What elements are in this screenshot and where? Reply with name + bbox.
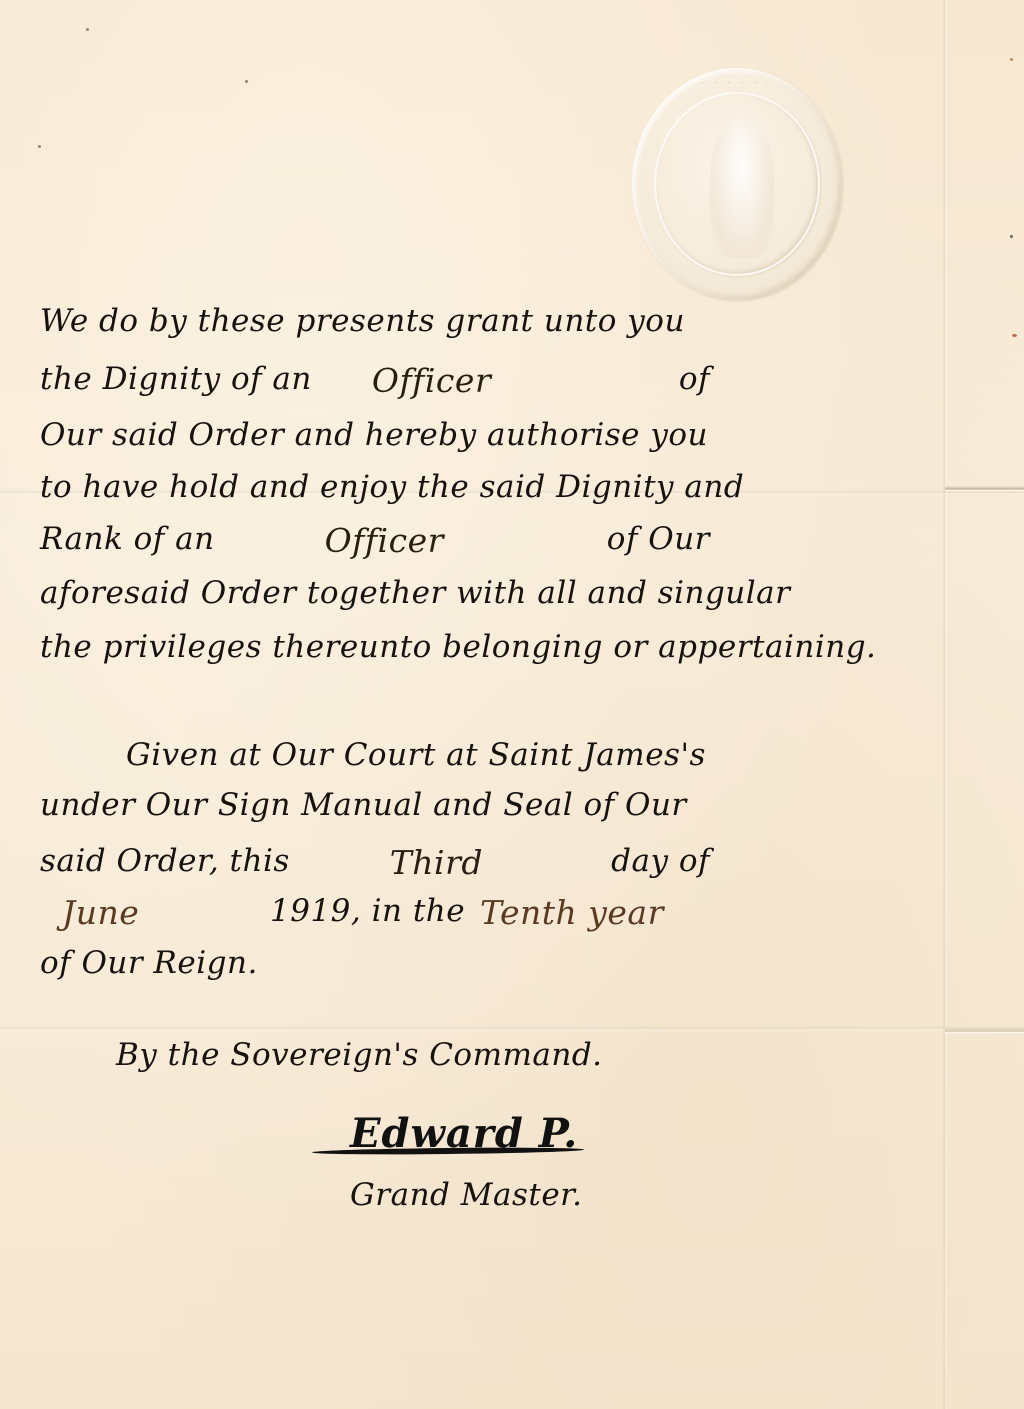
grant-line-1: We do by these presents grant unto you: [40, 306, 685, 337]
grant-line-7: the privileges thereunto belonging or ap…: [40, 632, 876, 663]
grant-line-4: to have hold and enjoy the said Dignity …: [40, 472, 744, 503]
grant-line-5-prefix: Rank of an: [40, 524, 215, 557]
paper-speck: [1010, 58, 1013, 61]
given-line-5: of Our Reign.: [40, 948, 258, 979]
month-fill-in: June: [62, 896, 139, 929]
embossed-seal: · · · · · ·: [632, 68, 842, 300]
vertical-fold-crease: [943, 0, 947, 1409]
seal-legend: · · · · · ·: [632, 76, 842, 89]
sovereign-command: By the Sovereign's Command.: [116, 1040, 603, 1071]
grant-line-2: the Dignity of an Officer of: [40, 364, 710, 397]
grant-line-2-prefix: the Dignity of an: [40, 364, 312, 397]
grant-line-5-suffix: of Our: [607, 524, 710, 557]
grant-line-6: aforesaid Order together with all and si…: [40, 578, 791, 609]
horizontal-fold-crease-faint-lower: [0, 1026, 1024, 1032]
seated-figure-emblem: [710, 118, 774, 258]
rank-fill-in: Officer: [325, 524, 444, 557]
year-text: 1919, in the: [270, 896, 465, 927]
dignity-fill-in: Officer: [372, 364, 491, 397]
certificate-page: · · · · · · We do by these presents gran…: [0, 0, 1024, 1409]
given-line-3-suffix: day of: [611, 846, 710, 879]
grand-master-title: Grand Master.: [350, 1180, 582, 1211]
day-fill-in: Third: [390, 846, 483, 879]
paper-speck: [245, 80, 248, 83]
given-line-3-prefix: said Order, this: [40, 846, 290, 879]
regnal-year-fill-in: Tenth year: [480, 896, 664, 929]
given-line-1: Given at Our Court at Saint James's: [126, 740, 706, 771]
given-line-2: under Our Sign Manual and Seal of Our: [40, 790, 687, 821]
paper-speck: [38, 145, 41, 148]
paper-speck: [1012, 334, 1017, 337]
grant-line-5: Rank of an Officer of Our: [40, 524, 710, 557]
grant-line-3: Our said Order and hereby authorise you: [40, 420, 708, 451]
paper-speck: [86, 28, 89, 31]
grant-line-2-suffix: of: [679, 364, 710, 397]
paper-speck: [1010, 235, 1013, 238]
given-line-3: said Order, this Third day of: [40, 846, 710, 879]
